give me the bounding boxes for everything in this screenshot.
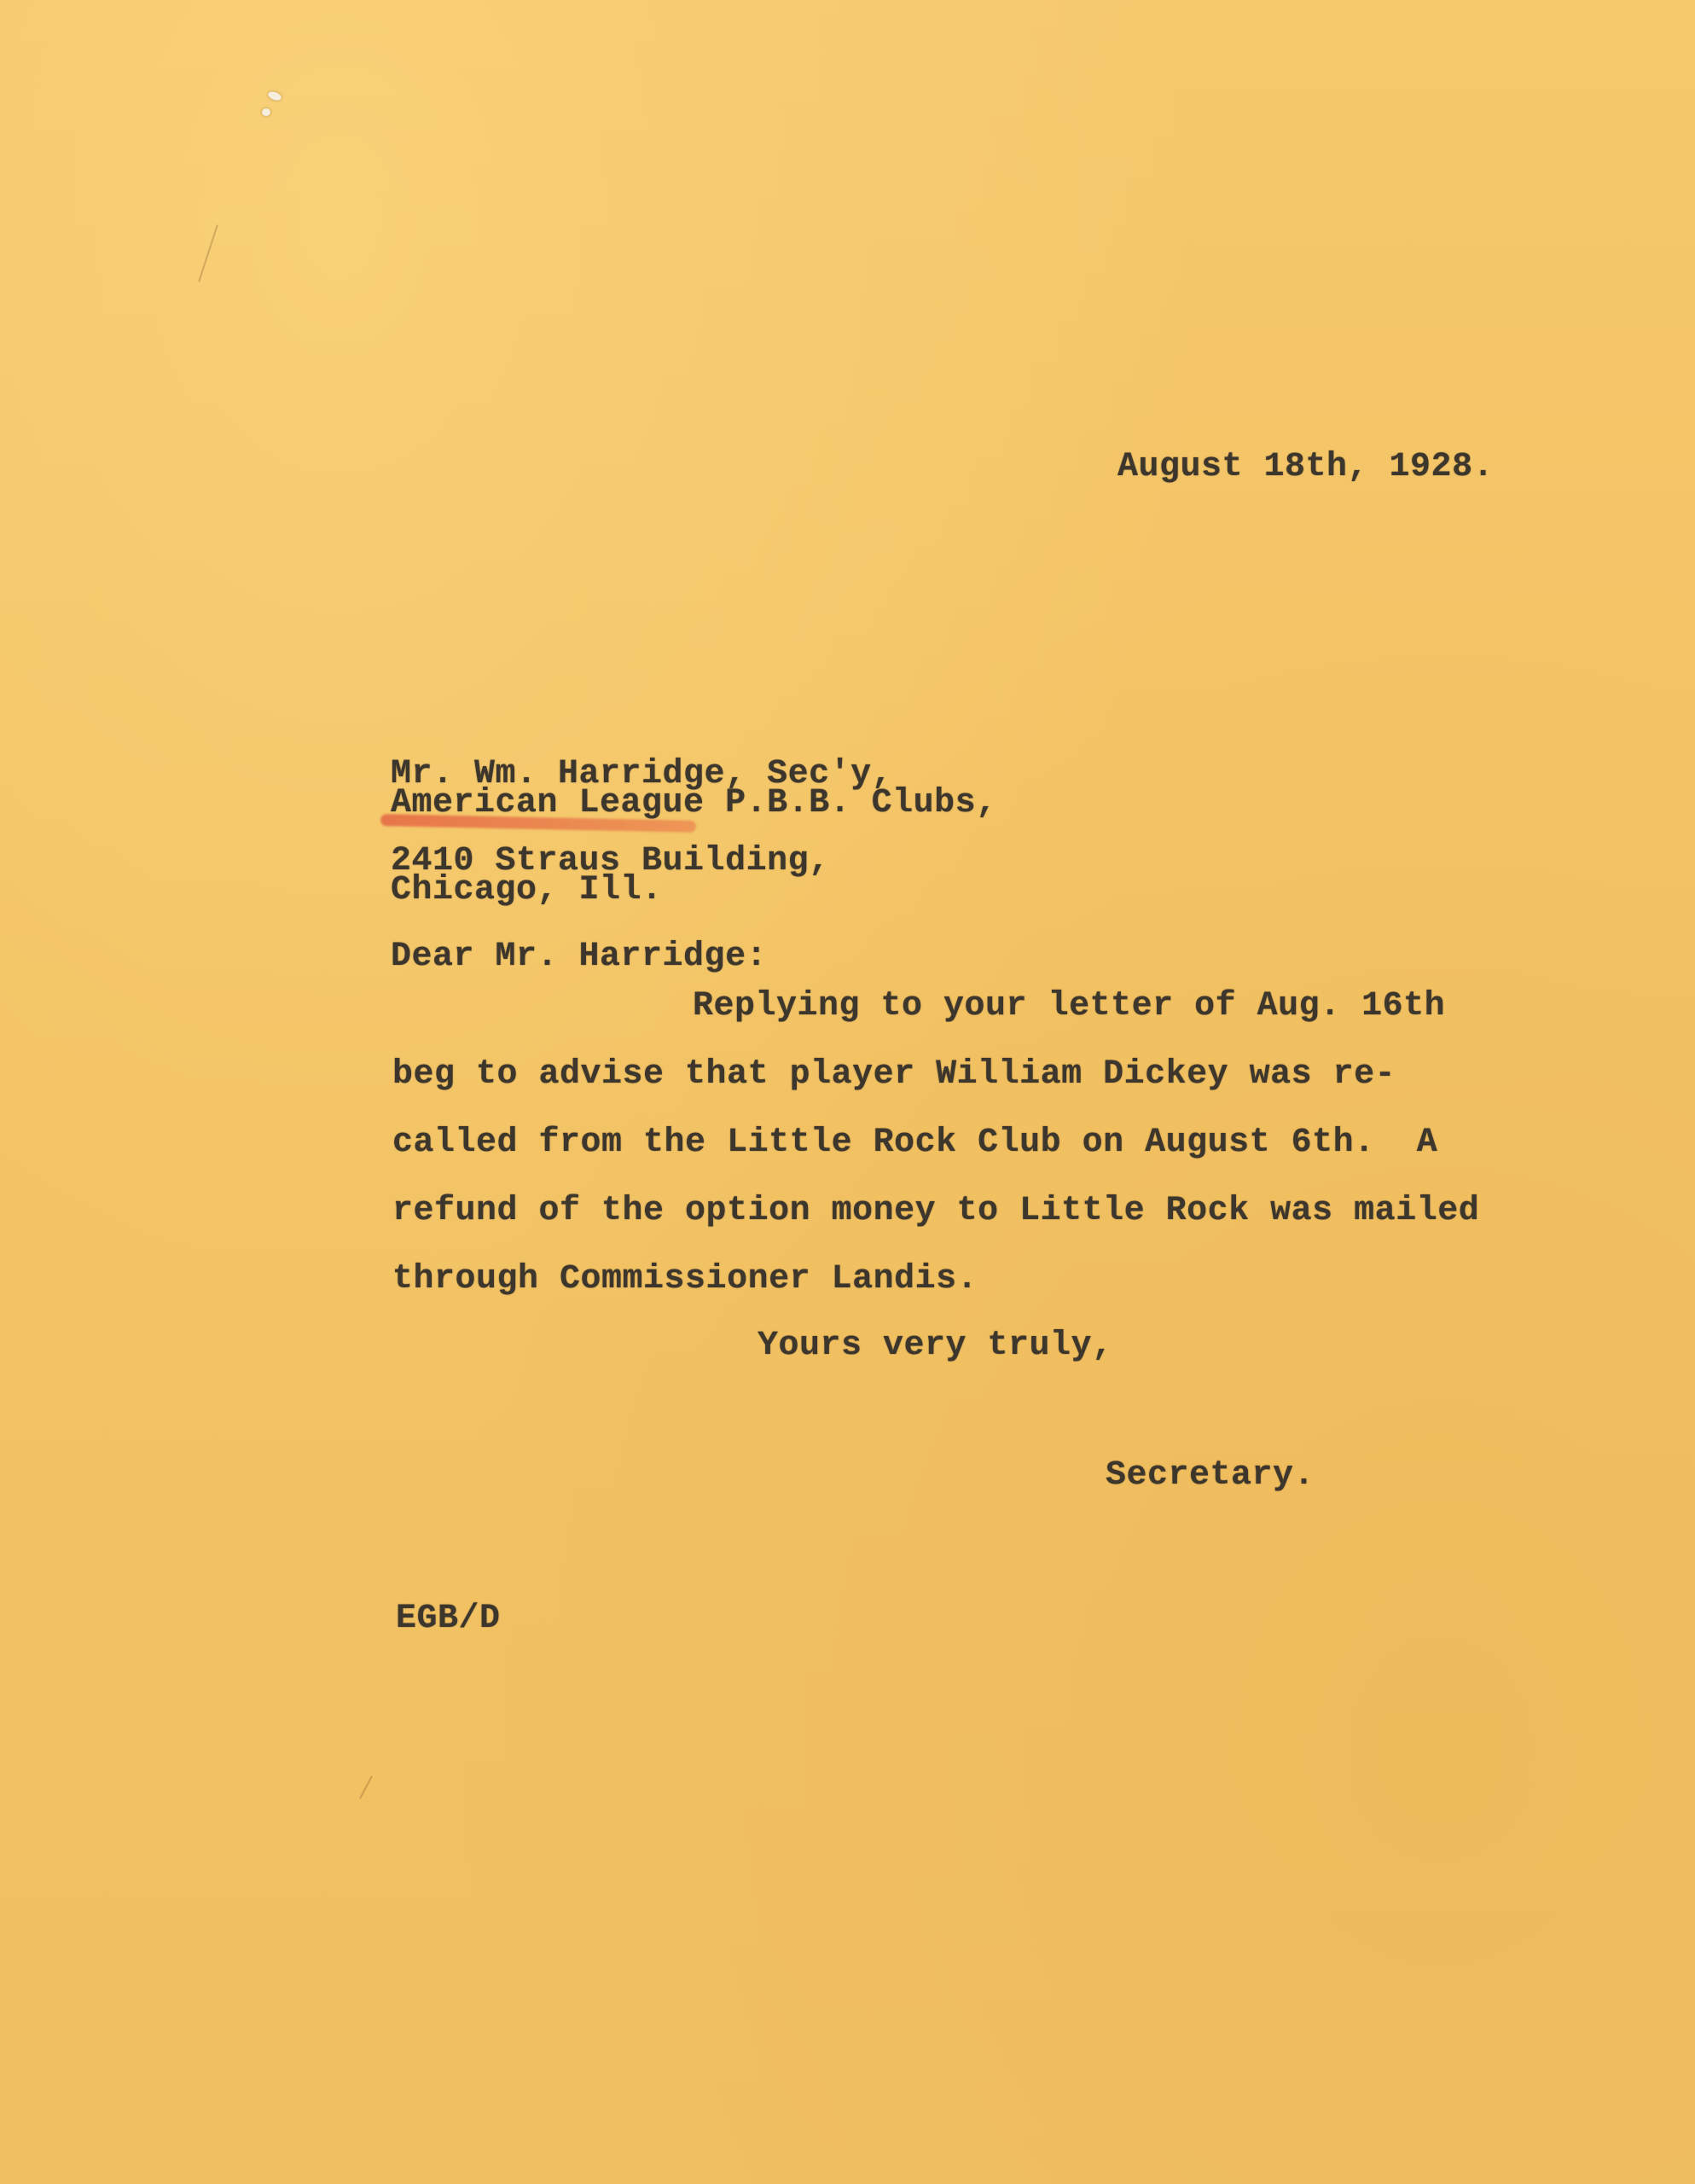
body-line: called from the Little Rock Club on Augu…	[392, 1126, 1437, 1160]
paper-crease	[198, 224, 218, 282]
paper-crease	[359, 1775, 373, 1798]
body-line: refund of the option money to Little Roc…	[392, 1194, 1479, 1228]
body-line: through Commissioner Landis.	[392, 1263, 978, 1297]
recipient-city-line: Chicago, Ill.	[391, 874, 663, 908]
signature-title: Secretary.	[1106, 1459, 1315, 1493]
letter-date: August 18th, 1928.	[1117, 450, 1494, 485]
salutation: Dear Mr. Harridge:	[391, 940, 767, 974]
body-line: beg to advise that player William Dickey…	[392, 1058, 1396, 1092]
body-line: Replying to your letter of Aug. 16th	[693, 990, 1445, 1024]
staple-hole	[267, 90, 282, 102]
staple-hole	[262, 108, 270, 116]
typist-initials: EGB/D	[396, 1602, 501, 1636]
closing: Yours very truly,	[758, 1329, 1113, 1363]
